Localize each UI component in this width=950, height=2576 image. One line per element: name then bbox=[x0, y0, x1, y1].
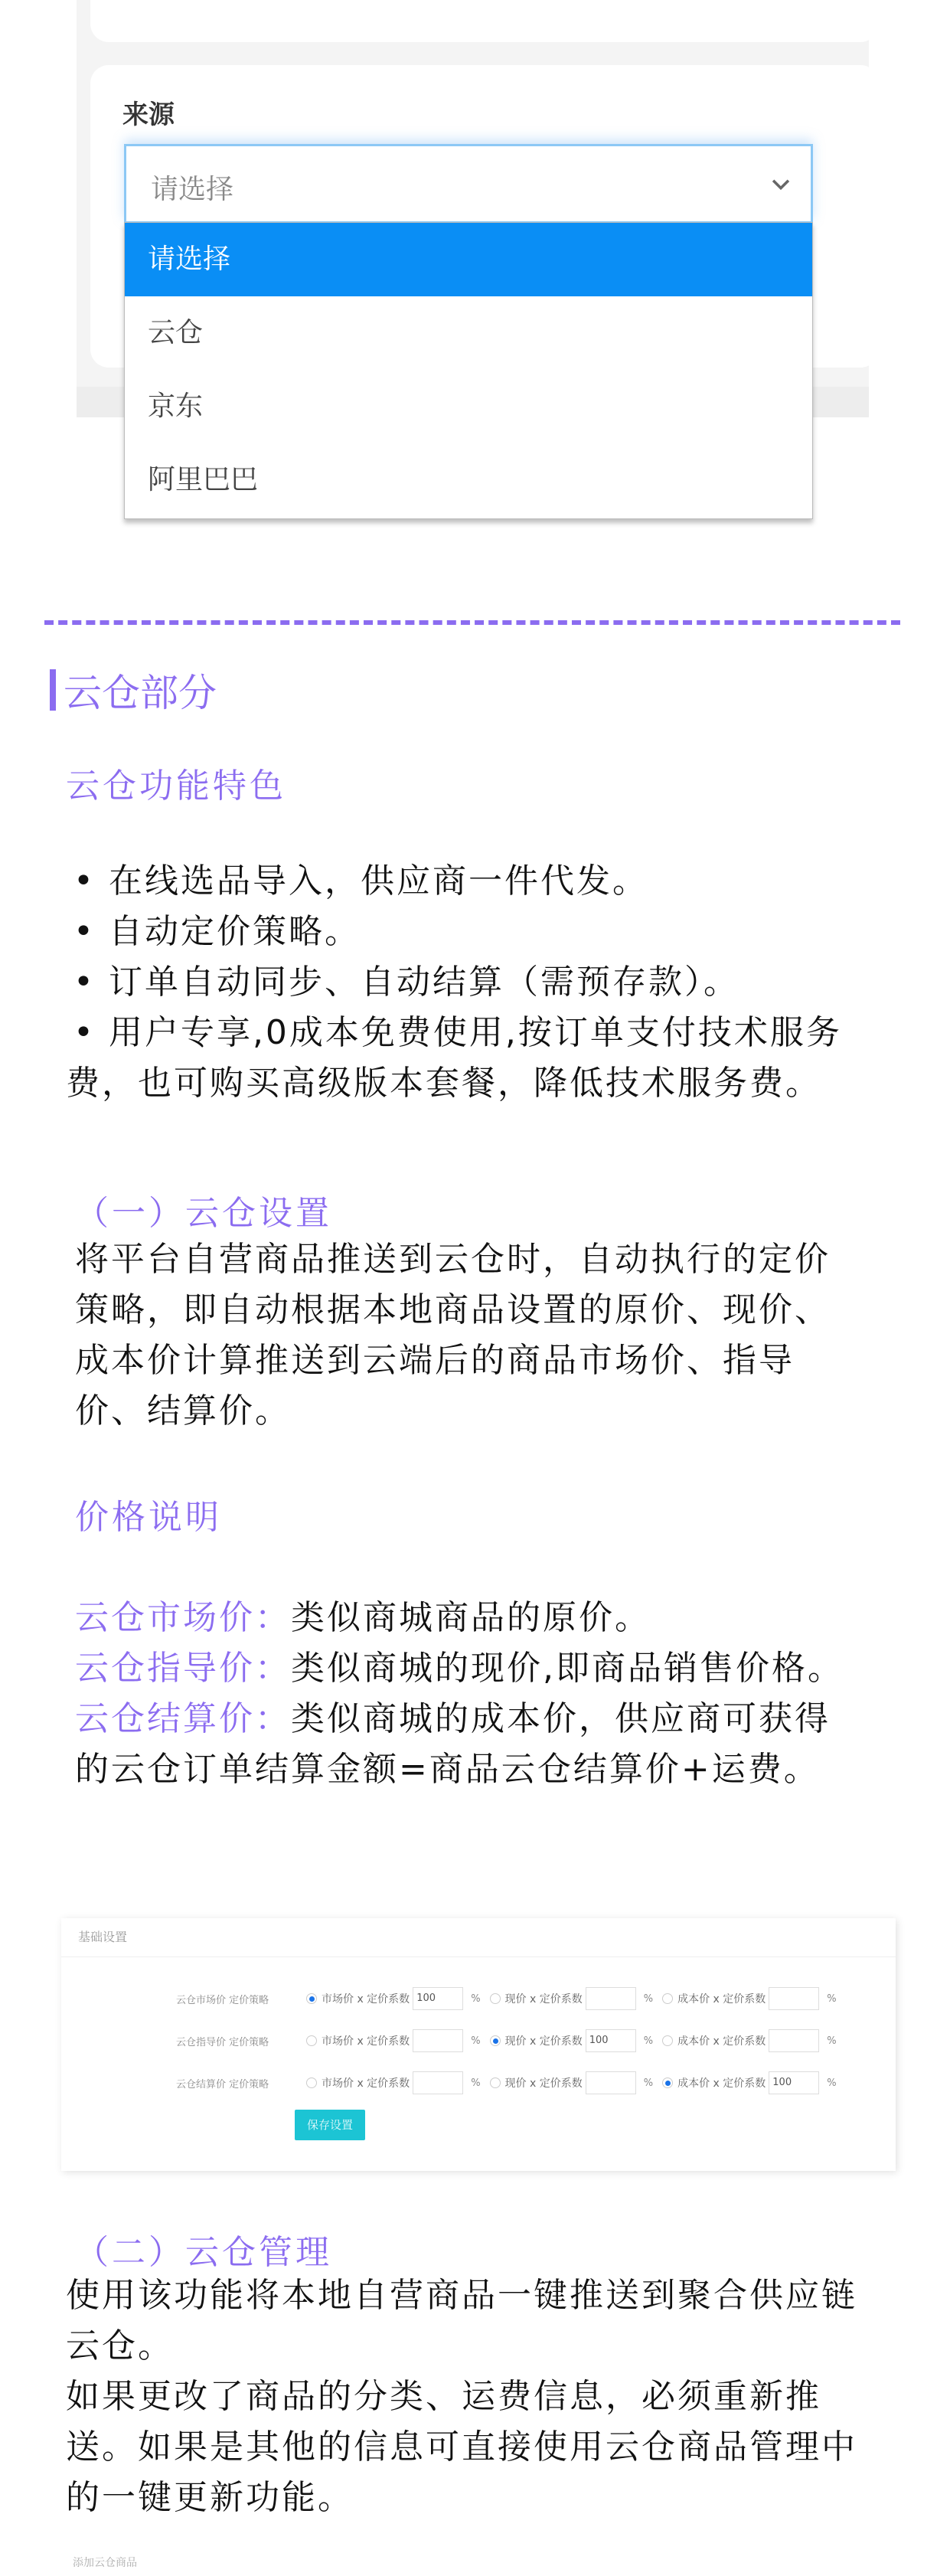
manage-title: （二）云仓管理 bbox=[75, 2225, 332, 2274]
manage-body: 使用该功能将本地自营商品一键推送到聚合供应链云仓。 如果更改了商品的分类、运费信… bbox=[66, 2270, 885, 2523]
panel-divider bbox=[61, 1957, 896, 1957]
option-jd[interactable]: 京东 bbox=[125, 370, 812, 443]
coefficient-input[interactable]: 100 bbox=[769, 2071, 819, 2094]
feature-item: • 在线选品导入，供应商一件代发。 bbox=[66, 856, 877, 907]
row-label: 云仓指导价 定价策略 bbox=[176, 2034, 299, 2048]
section-title: 云仓部分 bbox=[64, 662, 217, 718]
row-label: 云仓市场价 定价策略 bbox=[176, 1992, 299, 2006]
unit: % bbox=[644, 2077, 653, 2089]
coefficient-input[interactable] bbox=[413, 2071, 463, 2094]
option-label: 成本价 x 定价系数 bbox=[677, 2033, 766, 2048]
chevron-down-icon bbox=[768, 171, 794, 197]
feature-item: • 订单自动同步、自动结算（需预存款）。 bbox=[66, 957, 877, 1008]
option-label: 现价 x 定价系数 bbox=[505, 1991, 583, 2006]
radio-button[interactable] bbox=[306, 2035, 317, 2046]
radio-button[interactable] bbox=[306, 1993, 317, 2004]
option-please-select[interactable]: 请选择 bbox=[125, 223, 812, 296]
source-select[interactable]: 请选择 bbox=[124, 144, 813, 224]
section-heading: 云仓部分 bbox=[50, 662, 217, 718]
price-desc: 类似商城商品的原价。 bbox=[291, 1598, 651, 1637]
option-label: 市场价 x 定价系数 bbox=[322, 1991, 410, 2006]
save-settings-button[interactable]: 保存设置 bbox=[295, 2110, 365, 2140]
radio-button[interactable] bbox=[490, 2035, 501, 2046]
coefficient-input[interactable] bbox=[769, 2029, 819, 2052]
price-desc: 类似商城的现价,即商品销售价格。 bbox=[291, 1649, 844, 1688]
unit: % bbox=[644, 1993, 653, 2005]
row-label: 云仓结算价 定价策略 bbox=[176, 2076, 299, 2091]
unit: % bbox=[827, 2077, 836, 2089]
option-label: 市场价 x 定价系数 bbox=[322, 2075, 410, 2091]
option-label: 成本价 x 定价系数 bbox=[677, 2075, 766, 2091]
features-title: 云仓功能特色 bbox=[66, 758, 286, 807]
unit: % bbox=[827, 1993, 836, 2005]
previous-card bbox=[90, 0, 879, 42]
price-item-guide: 云仓指导价：类似商城的现价,即商品销售价格。 bbox=[75, 1643, 863, 1694]
feature-item: • 用户专享,0成本免费使用,按订单支付技术服务费，也可购买高级版本套餐，降低技… bbox=[66, 1008, 877, 1109]
radio-button[interactable] bbox=[662, 1993, 673, 2004]
price-title: 价格说明 bbox=[75, 1489, 222, 1538]
strategy-row-settle: 云仓结算价 定价策略 市场价 x 定价系数% 现价 x 定价系数% 成本价 x … bbox=[176, 2071, 838, 2094]
radio-button[interactable] bbox=[662, 2077, 673, 2088]
option-label: 成本价 x 定价系数 bbox=[677, 1991, 766, 2006]
price-item-settle: 云仓结算价：类似商城的成本价，供应商可获得的云仓订单结算金额=商品云仓结算价+运… bbox=[75, 1694, 863, 1795]
price-item-market: 云仓市场价：类似商城商品的原价。 bbox=[75, 1593, 863, 1643]
price-term: 云仓市场价： bbox=[75, 1598, 291, 1637]
coefficient-input[interactable]: 100 bbox=[586, 2029, 636, 2052]
feature-item: • 自动定价策略。 bbox=[66, 907, 877, 957]
manage-paragraph: 如果更改了商品的分类、运费信息，必须重新推送。如果是其他的信息可直接使用云仓商品… bbox=[66, 2372, 885, 2523]
feature-list: • 在线选品导入，供应商一件代发。 • 自动定价策略。 • 订单自动同步、自动结… bbox=[66, 856, 877, 1109]
price-term: 云仓指导价： bbox=[75, 1649, 291, 1688]
option-label: 现价 x 定价系数 bbox=[505, 2075, 583, 2091]
unit: % bbox=[644, 2035, 653, 2047]
price-list: 云仓市场价：类似商城商品的原价。 云仓指导价：类似商城的现价,即商品销售价格。 … bbox=[75, 1593, 863, 1795]
price-term: 云仓结算价： bbox=[75, 1699, 291, 1738]
radio-button[interactable] bbox=[490, 1993, 501, 2004]
unit: % bbox=[471, 1993, 480, 2005]
source-dropdown: 请选择 云仓 京东 阿里巴巴 bbox=[124, 222, 813, 519]
coefficient-input[interactable] bbox=[769, 1987, 819, 2010]
coefficient-input[interactable] bbox=[413, 2029, 463, 2052]
settings-body: 将平台自营商品推送到云仓时，自动执行的定价策略，即自动根据本地商品设置的原价、现… bbox=[75, 1234, 856, 1437]
source-label: 来源 bbox=[122, 93, 175, 131]
strategy-row-market: 云仓市场价 定价策略 市场价 x 定价系数100% 现价 x 定价系数% 成本价… bbox=[176, 1987, 838, 2010]
panel-title: 添加云仓商品 bbox=[73, 2555, 137, 2570]
coefficient-input[interactable] bbox=[586, 1987, 636, 2010]
radio-button[interactable] bbox=[662, 2035, 673, 2046]
radio-button[interactable] bbox=[490, 2077, 501, 2088]
dashed-divider bbox=[44, 620, 900, 625]
panel-title: 基础设置 bbox=[78, 1927, 127, 1945]
option-label: 现价 x 定价系数 bbox=[505, 2033, 583, 2048]
heading-bar bbox=[50, 669, 56, 711]
option-label: 市场价 x 定价系数 bbox=[322, 2033, 410, 2048]
radio-button[interactable] bbox=[306, 2077, 317, 2088]
strategy-row-guide: 云仓指导价 定价策略 市场价 x 定价系数% 现价 x 定价系数100% 成本价… bbox=[176, 2029, 838, 2052]
unit: % bbox=[471, 2077, 480, 2089]
coefficient-input[interactable]: 100 bbox=[413, 1987, 463, 2010]
select-value: 请选择 bbox=[151, 168, 233, 207]
basic-settings-panel: 基础设置 云仓市场价 定价策略 市场价 x 定价系数100% 现价 x 定价系数… bbox=[61, 1918, 896, 2171]
option-yuncang[interactable]: 云仓 bbox=[125, 296, 812, 370]
add-product-panel: 添加云仓商品 bbox=[61, 2550, 896, 2576]
manage-paragraph: 使用该功能将本地自营商品一键推送到聚合供应链云仓。 bbox=[66, 2270, 885, 2372]
coefficient-input[interactable] bbox=[586, 2071, 636, 2094]
settings-title: （一）云仓设置 bbox=[75, 1185, 332, 1234]
option-alibaba[interactable]: 阿里巴巴 bbox=[125, 443, 812, 517]
unit: % bbox=[827, 2035, 836, 2047]
unit: % bbox=[471, 2035, 480, 2047]
